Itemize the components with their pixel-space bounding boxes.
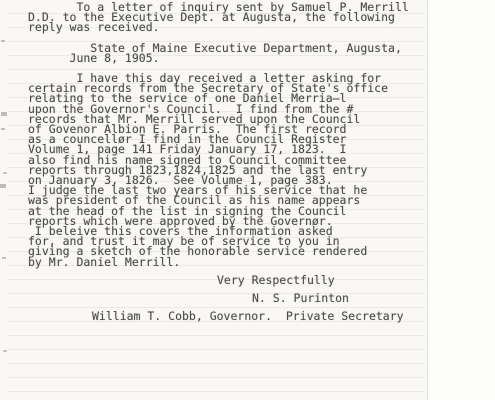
letter-paper: To a letter of inquiry sent by Samuel P.… [0,0,428,400]
closing-attribution: William T. Cobb, Governor. Private Secre… [92,311,409,321]
paper-edge-speckles [1,0,5,2]
letter-text: To a letter of inquiry sent by Samuel P.… [28,2,409,329]
closing-signature: N. S. Purinton [252,293,409,303]
closing-respectfully: Very Respectfully [217,275,409,285]
letter-body: To a letter of inquiry sent by Samuel P.… [28,2,409,267]
letter-line: by Mr. Daniel Merrill. [28,257,409,267]
letter-closing: Very Respectfully N. S. Purinton William… [28,275,409,322]
scanned-letter: To a letter of inquiry sent by Samuel P.… [0,0,495,400]
